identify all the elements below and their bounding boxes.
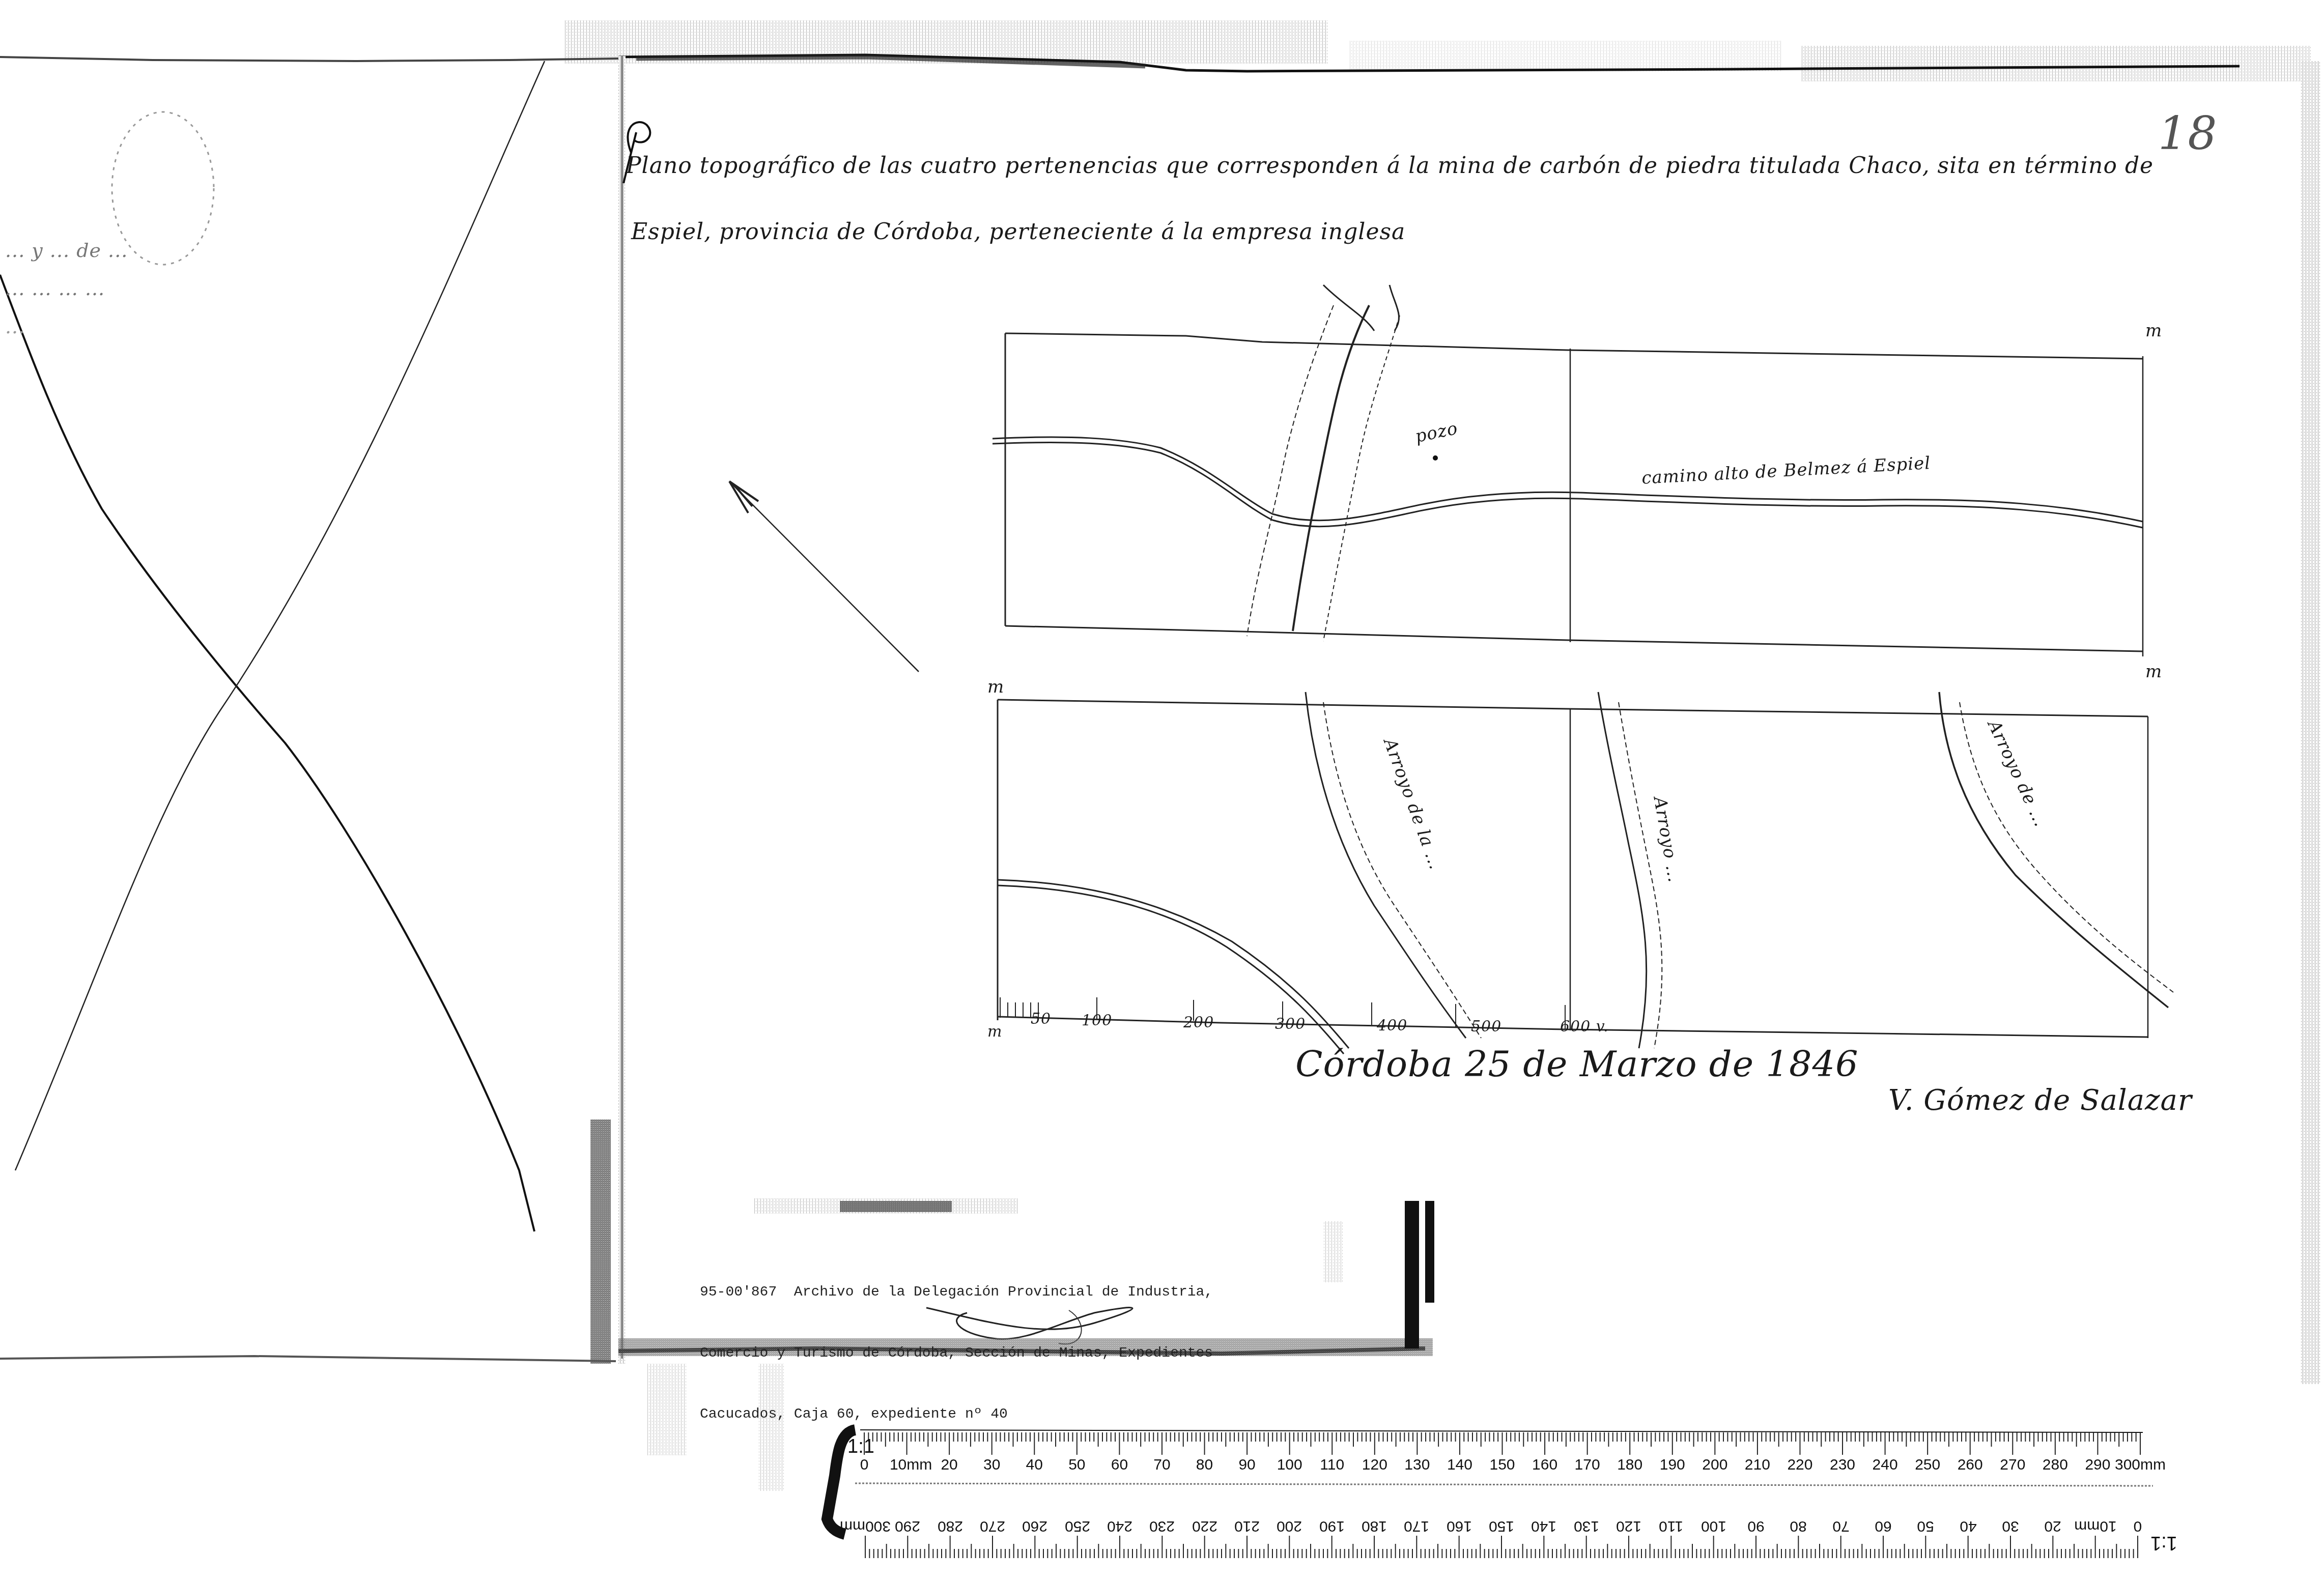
ruler-tick-label-inverted: 240: [1107, 1517, 1132, 1535]
ruler-scale-label-top: 1:1: [847, 1436, 874, 1458]
upper-map-panel: [729, 285, 2143, 672]
ruler-tick-label: 60: [1111, 1456, 1128, 1474]
ruler-tick-label-inverted: 0: [2134, 1517, 2142, 1535]
date-line: Córdoba 25 de Marzo de 1846: [1295, 1043, 1859, 1085]
ruler-tick-label: 170: [1575, 1456, 1600, 1474]
ruler-graphic: [827, 1430, 2153, 1558]
ruler-tick-label: 300mm: [2115, 1456, 2166, 1474]
ruler-tick-label-inverted: 150: [1489, 1517, 1514, 1535]
ruler-tick-label: 160: [1532, 1456, 1557, 1474]
scale-tick-label: 100: [1082, 1012, 1112, 1029]
ruler-tick-label: 40: [1026, 1456, 1043, 1474]
ruler-tick-label: 270: [2000, 1456, 2025, 1474]
left-page-faint-text-1: ... y ... de ...: [5, 239, 128, 262]
ruler-tick-label: 260: [1958, 1456, 1983, 1474]
ruler-tick-label-inverted: 50: [1917, 1517, 1934, 1535]
ruler-tick-label: 280: [2043, 1456, 2068, 1474]
ruler-tick-label: 30: [983, 1456, 1000, 1474]
ruler-tick-label: 230: [1830, 1456, 1855, 1474]
ruler-tick-label-inverted: 90: [1747, 1517, 1764, 1535]
ruler-tick-label: 0: [860, 1456, 869, 1474]
ruler-tick-label-inverted: 110: [1659, 1517, 1683, 1535]
scale-tick-label: 600 v.: [1560, 1018, 1609, 1036]
ruler-tick-label-inverted: 70: [1832, 1517, 1849, 1535]
ruler-scale-label-bottom: 1:1: [2150, 1532, 2177, 1554]
ruler-tick-label: 190: [1660, 1456, 1685, 1474]
archive-stamp-line-3: Cacucados, Caja 60, expediente nº 40: [700, 1404, 1213, 1425]
ruler-tick-label-inverted: 100: [1701, 1517, 1726, 1535]
ruler-tick-label: 100: [1277, 1456, 1302, 1474]
left-page-faint-text-3: ...: [5, 315, 25, 338]
scale-tick-label: 200: [1183, 1014, 1214, 1031]
ruler-tick-label-inverted: 230: [1149, 1517, 1175, 1535]
ruler-tick-label-inverted: 200: [1277, 1517, 1302, 1535]
ruler-tick-label: 180: [1617, 1456, 1642, 1474]
ruler-tick-label: 150: [1489, 1456, 1515, 1474]
ruler-tick-label: 220: [1787, 1456, 1812, 1474]
left-page-faint-text-2: ... ... ... ...: [5, 277, 105, 300]
ruler-tick-label-inverted: 280: [938, 1517, 963, 1535]
ruler-tick-label-inverted: 40: [1960, 1517, 1976, 1535]
ruler-tick-label-inverted: 120: [1616, 1517, 1641, 1535]
corner-mark-upper-right: m: [2145, 321, 2162, 341]
scale-tick-label: 400: [1377, 1017, 1407, 1034]
map-title-line-1: Plano topográfico de las cuatro pertenen…: [626, 153, 2153, 179]
ruler-tick-label: 80: [1196, 1456, 1213, 1474]
ruler-tick-label: 110: [1320, 1456, 1344, 1474]
ruler-tick-label-inverted: 80: [1790, 1517, 1807, 1535]
ruler-tick-label-inverted: 140: [1531, 1517, 1556, 1535]
ruler-tick-label-inverted: 10mm: [2074, 1517, 2116, 1535]
ruler-tick-label: 70: [1153, 1456, 1170, 1474]
archive-stamp-line-2: Comercio y Turismo de Córdoba, Sección d…: [700, 1343, 1213, 1364]
ruler-tick-label-inverted: 190: [1319, 1517, 1345, 1535]
ruler-tick-label: 50: [1068, 1456, 1085, 1474]
ruler-tick-label-inverted: 300mm: [840, 1517, 891, 1535]
ruler-tick-label: 290: [2085, 1456, 2110, 1474]
ruler-tick-label: 250: [1915, 1456, 1940, 1474]
ruler-tick-label-inverted: 160: [1447, 1517, 1472, 1535]
ruler-tick-label: 20: [941, 1456, 957, 1474]
scale-tick-label: 500: [1471, 1018, 1501, 1036]
folio-number: 18: [2158, 107, 2218, 160]
ruler-tick-label-inverted: 210: [1234, 1517, 1260, 1535]
map-title-line-2: Espiel, provincia de Córdoba, pertenecie…: [631, 219, 1405, 245]
archive-stamp: 95-00'867 Archivo de la Delegación Provi…: [700, 1242, 1213, 1445]
ruler-tick-label-inverted: 270: [980, 1517, 1005, 1535]
scale-origin: m: [987, 1023, 1002, 1041]
ruler-tick-label: 210: [1745, 1456, 1770, 1474]
top-scan-band: [565, 20, 2311, 81]
ruler-tick-label: 120: [1362, 1456, 1387, 1474]
scale-tick-label: 50: [1031, 1010, 1051, 1028]
ruler-tick-label-inverted: 250: [1065, 1517, 1090, 1535]
ruler-tick-label-inverted: 130: [1574, 1517, 1599, 1535]
ruler-tick-label-inverted: 30: [2002, 1517, 2019, 1535]
corner-mark-lower-right: m: [2145, 662, 2162, 682]
ruler-tick-label: 10mm: [890, 1456, 932, 1474]
ruler-tick-label-inverted: 20: [2045, 1517, 2061, 1535]
ruler-tick-label: 240: [1873, 1456, 1898, 1474]
corner-mark-lower-panel: m: [987, 677, 1004, 697]
scale-tick-label: 300: [1275, 1015, 1306, 1033]
archive-stamp-line-1: 95-00'867 Archivo de la Delegación Provi…: [700, 1282, 1213, 1303]
signature: V. Gómez de Salazar: [1888, 1084, 2192, 1117]
ruler-tick-label: 130: [1404, 1456, 1430, 1474]
ruler-tick-label-inverted: 260: [1022, 1517, 1047, 1535]
ruler-tick-label-inverted: 170: [1404, 1517, 1429, 1535]
ruler-tick-label-inverted: 220: [1192, 1517, 1217, 1535]
ruler-tick-label: 140: [1447, 1456, 1472, 1474]
ruler-tick-label: 90: [1238, 1456, 1255, 1474]
ruler-tick-label-inverted: 180: [1362, 1517, 1387, 1535]
ruler-tick-label: 200: [1702, 1456, 1727, 1474]
ruler-tick-label-inverted: 290: [895, 1517, 920, 1535]
ruler-tick-label-inverted: 60: [1875, 1517, 1891, 1535]
